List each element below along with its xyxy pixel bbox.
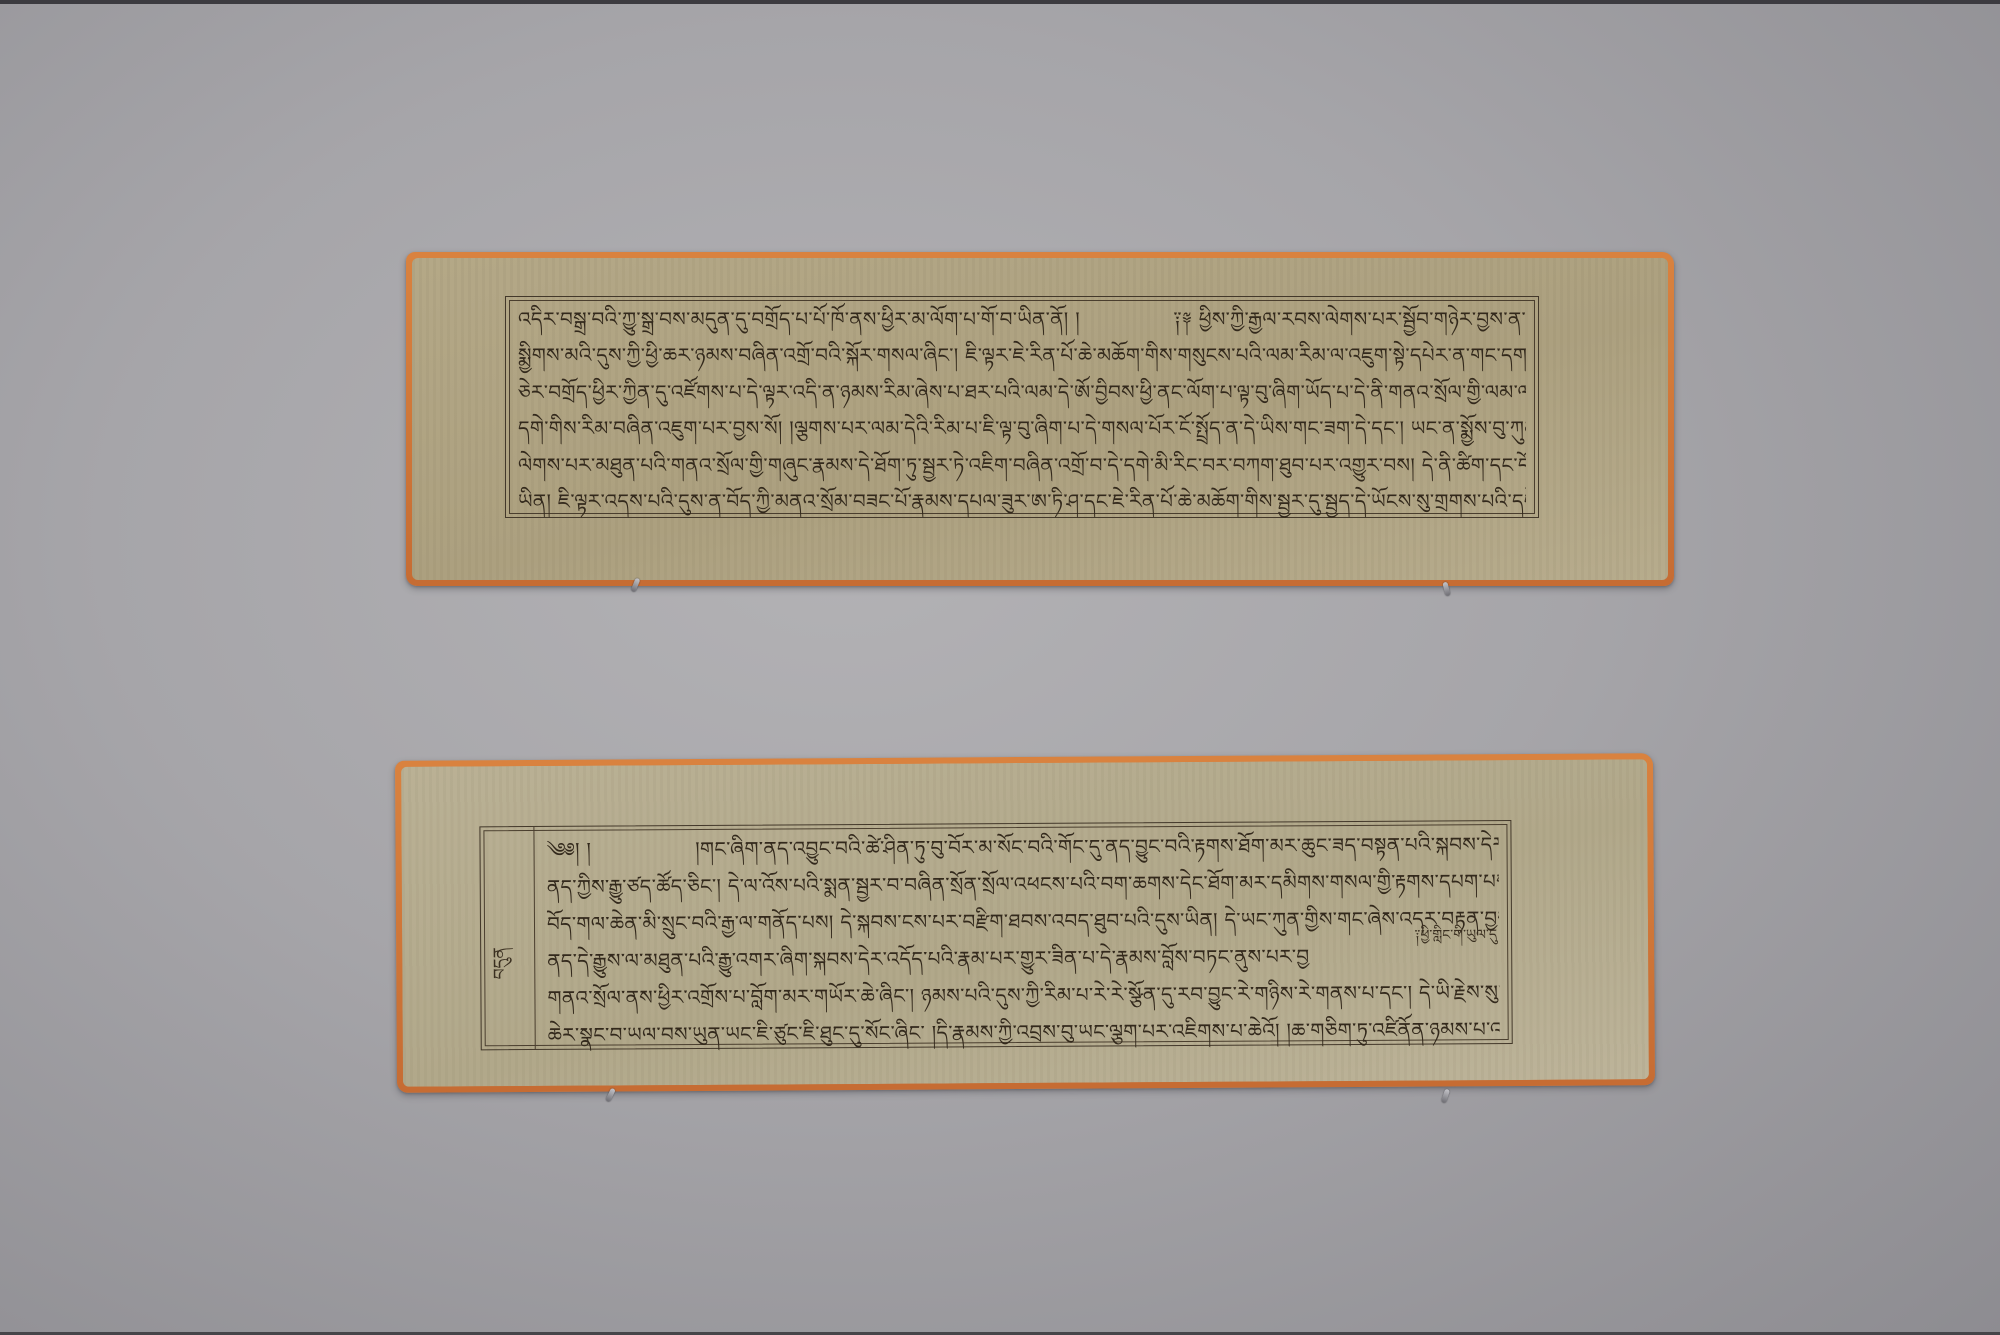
leaf-top-paper: འདིར་བསྒྲ་བའི་ཀྱུ་སྒྲ་བས་མདུན་དུ་བགྲོད་པ…	[412, 258, 1668, 580]
text-line: ཆེར་སྣང་བ་ཡལ་བས་ཡུན་ཡང་ཇི་ཙུང་ཇི་ཐུང་དུ་…	[548, 1011, 1500, 1054]
interlinear-annotation: ༑ཕྱི་གླིང་གི་ཡུལ་དུ	[1414, 928, 1497, 943]
text-line: དགེ་གིས་རིམ་བཞིན་འཇུག་པར་བྱས་སོ། །ལྕགས་པ…	[518, 410, 1526, 446]
top-letterbox-bar	[0, 0, 2000, 4]
text-line: ༄༅། །།གང་ཞིག་ནད་འབྱུང་བའི་ཚེ་ཤིན་ཏུ་བུ་བ…	[546, 826, 1498, 869]
photograph-of-tibetan-manuscript: འདིར་བསྒྲ་བའི་ཀྱུ་སྒྲ་བས་མདུན་དུ་བགྲོད་པ…	[0, 0, 2000, 1335]
text-line: སྨྱིགས་མའི་དུས་ཀྱི་ཕྱི་ཆར་ཉམས་བཞིན་འགྲོ་…	[518, 337, 1526, 373]
leaf-top-text-block: འདིར་བསྒྲ་བའི་ཀྱུ་སྒྲ་བས་མདུན་དུ་བགྲོད་པ…	[518, 301, 1526, 513]
text-line: ཅེར་བགྲོད་ཕྱིར་ཀྱིན་དུ་འཛོགས་པ་དེ་ལྟར་འད…	[518, 374, 1526, 410]
leaf-top-text-frame: འདིར་བསྒྲ་བའི་ཀྱུ་སྒྲ་བས་མདུན་དུ་བགྲོད་པ…	[505, 296, 1539, 518]
text-line-segment: ཡིན། ཇི་ལྟར་འདས་པའི་དུས་ན་བོད་ཀྱི་མནའ་སྲ…	[518, 483, 1526, 519]
manuscript-leaf-bottom: བདུན ༄༅། །།གང་ཞིག་ནད་འབྱུང་བའི་ཚེ་ཤིན་ཏུ…	[395, 753, 1655, 1093]
mounting-pin	[1441, 1089, 1450, 1104]
text-line: ནད་དེ་རྒྱུས་ལ་མཐུན་པའི་རྒྱུ་འགར་ཞིག་སྐབས…	[547, 937, 1499, 980]
left-margin-column: བདུན	[480, 827, 535, 1049]
leaf-bottom-text-frame: བདུན ༄༅། །།གང་ཞིག་ནད་འབྱུང་བའི་ཚེ་ཤིན་ཏུ…	[479, 820, 1512, 1050]
text-line-segment: འདིར་བསྒྲ་བའི་ཀྱུ་སྒྲ་བས་མདུན་དུ་བགྲོད་པ…	[518, 301, 1080, 337]
text-line: བོད་གལ་ཆེན་མི་སྲུང་བའི་རྒྱ་ལ་གནོད་པས། དེ…	[547, 900, 1499, 943]
folio-number-label: བདུན	[480, 947, 528, 979]
text-line-segment: །གང་ཞིག་ནད་འབྱུང་བའི་ཚེ་ཤིན་ཏུ་བུ་བོར་མ་…	[695, 831, 1498, 861]
text-line: འདིར་བསྒྲ་བའི་ཀྱུ་སྒྲ་བས་མདུན་དུ་བགྲོད་པ…	[518, 301, 1526, 337]
yig-mgo-head-mark: ༄༅། །	[546, 838, 591, 862]
text-line: གནའ་སྲོལ་ནས་ཕྱིར་འགྲོས་པ་བློག་མར་གཡོར་ཆེ…	[547, 974, 1499, 1017]
text-line-segment: ནད་དེ་རྒྱུས་ལ་མཐུན་པའི་རྒྱུ་འགར་ཞིག་སྐབས…	[547, 944, 1309, 973]
manuscript-leaf-top: འདིར་བསྒྲ་བའི་ཀྱུ་སྒྲ་བས་མདུན་དུ་བགྲོད་པ…	[406, 252, 1674, 586]
text-line: ནད་ཀྱིས་རྒྱུ་ཙད་ཚོད་ཅིང་། དེ་ལ་འོས་པའི་ས…	[547, 863, 1499, 906]
text-line: ཡིན། ཇི་ལྟར་འདས་པའི་དུས་ན་བོད་ཀྱི་མནའ་སྲ…	[518, 483, 1526, 519]
leaf-bottom-paper: བདུན ༄༅། །།གང་ཞིག་ནད་འབྱུང་བའི་ཚེ་ཤིན་ཏུ…	[401, 759, 1649, 1087]
text-line: ལེགས་པར་མཐུན་པའི་གནའ་སྲོལ་གྱི་གཞུང་རྣམས་…	[518, 447, 1526, 483]
leaf-bottom-text-block: ༄༅། །།གང་ཞིག་ནད་འབྱུང་བའི་ཚེ་ཤིན་ཏུ་བུ་བ…	[546, 826, 1499, 1045]
text-line-segment: ༑༈ ཕྱིས་ཀྱི་རྒྱལ་རབས་ལེགས་པར་སྦྱོབ་གཉེར་…	[1173, 301, 1526, 337]
